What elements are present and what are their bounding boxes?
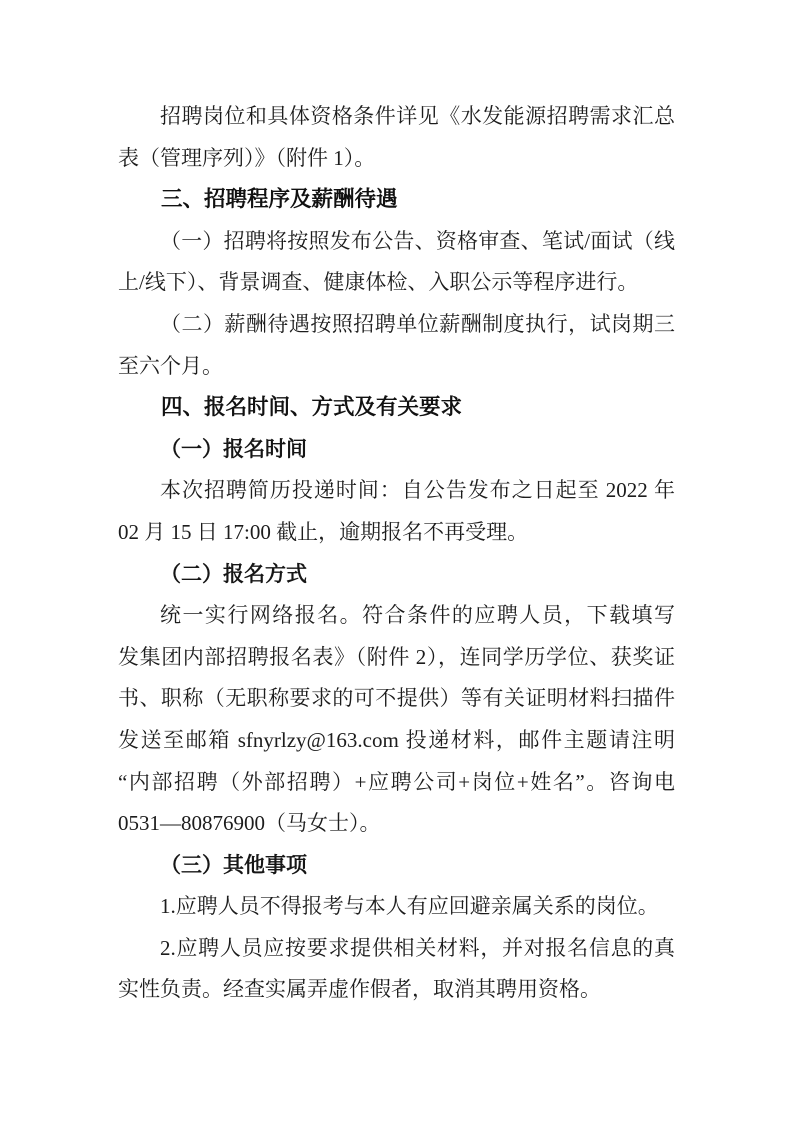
paragraph-line: 02 月 15 日 17:00 截止，逾期报名不再受理。 bbox=[118, 512, 675, 554]
paragraph-line: 2.应聘人员应按要求提供相关材料，并对报名信息的真 bbox=[118, 928, 675, 970]
paragraph-line: 1.应聘人员不得报考与本人有应回避亲属关系的岗位。 bbox=[118, 886, 675, 928]
subheading-other-items: （三）其他事项 bbox=[118, 845, 675, 887]
paragraph-line: 书、职称（无职称要求的可不提供）等有关证明材料扫描件 bbox=[118, 678, 675, 720]
paragraph-line: 上/线下）、背景调查、健康体检、入职公示等程序进行。 bbox=[118, 262, 675, 304]
paragraph-line: 实性负责。经查实属弄虚作假者，取消其聘用资格。 bbox=[118, 969, 675, 1011]
paragraph-line: 至六个月。 bbox=[118, 346, 675, 388]
subheading-signup-time: （一）报名时间 bbox=[118, 429, 675, 471]
paragraph-line-phone: 0531—80876900（马女士）。 bbox=[118, 803, 675, 845]
paragraph-line: “内部招聘（外部招聘）+应聘公司+岗位+姓名”。咨询电话： bbox=[118, 762, 675, 804]
section-heading-three: 三、招聘程序及薪酬待遇 bbox=[118, 179, 675, 221]
paragraph-line: 表（管理序列）》（附件 1）。 bbox=[118, 138, 675, 180]
paragraph-line: 发集团内部招聘报名表》（附件 2），连同学历学位、获奖证 bbox=[118, 637, 675, 679]
paragraph-line: 招聘岗位和具体资格条件详见《水发能源招聘需求汇总 bbox=[118, 96, 675, 138]
document-page: 招聘岗位和具体资格条件详见《水发能源招聘需求汇总 表（管理序列）》（附件 1）。… bbox=[0, 0, 794, 1123]
section-heading-four: 四、报名时间、方式及有关要求 bbox=[118, 387, 675, 429]
paragraph-line: （一）招聘将按照发布公告、资格审查、笔试/面试（线 bbox=[118, 221, 675, 263]
document-content: 招聘岗位和具体资格条件详见《水发能源招聘需求汇总 表（管理序列）》（附件 1）。… bbox=[118, 96, 675, 1011]
subheading-signup-method: （二）报名方式 bbox=[118, 554, 675, 596]
paragraph-line: （二）薪酬待遇按照招聘单位薪酬制度执行，试岗期三 bbox=[118, 304, 675, 346]
paragraph-line-email: 发送至邮箱 sfnyrlzy@163.com 投递材料，邮件主题请注明 bbox=[118, 720, 675, 762]
paragraph-line: 统一实行网络报名。符合条件的应聘人员，下载填写《水 bbox=[118, 595, 675, 637]
paragraph-line: 本次招聘简历投递时间：自公告发布之日起至 2022 年 bbox=[118, 470, 675, 512]
